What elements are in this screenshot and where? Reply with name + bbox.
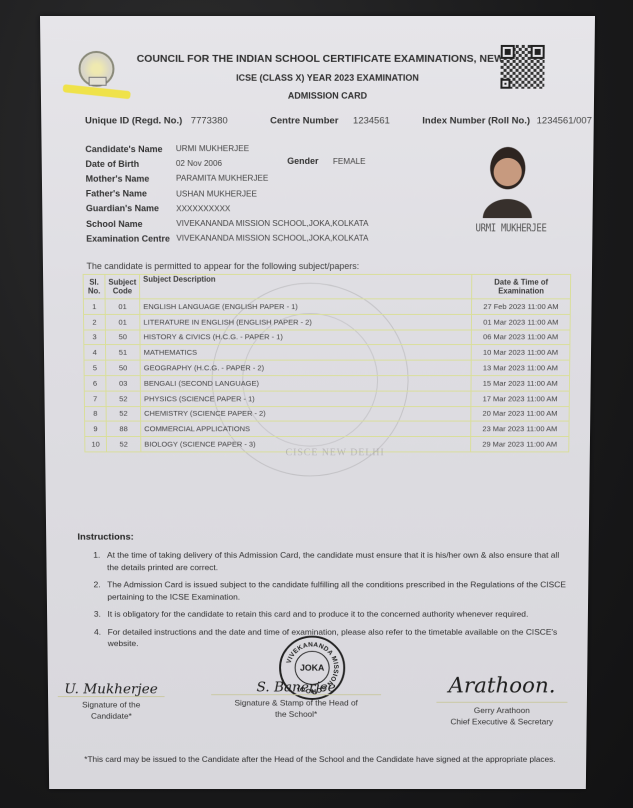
- watermark-text: CISCE NEW DELHI: [286, 448, 385, 459]
- exam-date-cell: 06 Mar 2023 11:00 AM: [471, 330, 570, 345]
- info-row: Examination CentreVIVEKANANDA MISSION SC…: [86, 231, 368, 246]
- info-label: Examination Centre: [86, 234, 176, 244]
- sl-no-cell: 4: [84, 345, 106, 360]
- table-row: 550GEOGRAPHY (H.C.G. - PAPER - 2)13 Mar …: [84, 360, 570, 375]
- info-row: Father's NameUSHAN MUKHERJEE: [86, 186, 369, 201]
- sl-no-cell: 7: [84, 391, 106, 406]
- candidate-info: Candidate's NameURMI MUKHERJEE Date of B…: [85, 141, 368, 246]
- admission-card: COUNCIL FOR THE INDIAN SCHOOL CERTIFICAT…: [40, 16, 595, 789]
- info-label: Guardian's Name: [86, 204, 176, 214]
- gender-field: Gender FEMALE: [287, 156, 365, 166]
- sl-no-cell: 9: [85, 421, 107, 436]
- date-of-birth: 02 Nov 2006: [176, 159, 222, 168]
- signature-caption: Signature & Stamp of the Head of: [211, 697, 381, 708]
- table-row: 201LITERATURE IN ENGLISH (ENGLISH PAPER …: [84, 314, 571, 329]
- table-row: 752PHYSICS (SCIENCE PAPER - 1)17 Mar 202…: [84, 391, 569, 406]
- instruction-number: 2.: [94, 579, 108, 603]
- subject-description-cell: MATHEMATICS: [140, 345, 471, 360]
- subject-description-cell: CHEMISTRY (SCIENCE PAPER - 2): [141, 406, 471, 421]
- subject-code-cell: 52: [106, 406, 141, 421]
- subject-description-cell: COMMERCIAL APPLICATIONS: [141, 421, 471, 436]
- instruction-item: 3.It is obligatory for the candidate to …: [94, 608, 572, 620]
- subject-code-cell: 01: [105, 314, 140, 329]
- sl-no-cell: 1: [83, 299, 105, 314]
- subject-description-cell: HISTORY & CIVICS (H.C.G. - PAPER - 1): [140, 330, 471, 345]
- info-row: Guardian's NameXXXXXXXXXX: [86, 201, 369, 216]
- instruction-text: The Admission Card is issued subject to …: [107, 579, 572, 603]
- instruction-item: 1.At the time of taking delivery of this…: [93, 549, 572, 573]
- subject-code-cell: 52: [106, 391, 141, 406]
- guardian-name: XXXXXXXXXX: [176, 204, 230, 213]
- instruction-number: 3.: [94, 608, 108, 620]
- subject-code-cell: 52: [106, 437, 141, 452]
- header-sl-no: Sl. No.: [83, 274, 105, 298]
- subject-description-cell: GEOGRAPHY (H.C.G. - PAPER - 2): [140, 360, 471, 375]
- table-row: 350HISTORY & CIVICS (H.C.G. - PAPER - 1)…: [84, 330, 570, 345]
- instruction-item: 2.The Admission Card is issued subject t…: [94, 579, 572, 603]
- footnote: *This card may be issued to the Candidat…: [58, 754, 581, 763]
- subject-description-cell: LITERATURE IN ENGLISH (ENGLISH PAPER - 2…: [140, 314, 472, 329]
- instructions-heading: Instructions:: [77, 532, 133, 543]
- document-title: ADMISSION CARD: [41, 91, 594, 101]
- exam-date-cell: 17 Mar 2023 11:00 AM: [471, 391, 570, 406]
- sl-no-cell: 2: [84, 314, 106, 329]
- centre-number-value: 1234561: [353, 116, 390, 127]
- table-row: 603BENGALI (SECOND LANGUAGE)15 Mar 2023 …: [84, 376, 569, 391]
- exam-date-cell: 01 Mar 2023 11:00 AM: [471, 314, 570, 329]
- head-signature-block: S. Banerjee Signature & Stamp of the Hea…: [211, 682, 381, 720]
- info-label: Candidate's Name: [85, 144, 176, 154]
- subject-code-cell: 50: [105, 330, 140, 345]
- subjects-table: Sl. No. Subject Code Subject Description…: [83, 274, 572, 452]
- exam-date-cell: 20 Mar 2023 11:00 AM: [471, 406, 569, 421]
- sl-no-cell: 6: [84, 376, 106, 391]
- signature-line: [436, 702, 567, 703]
- header-subject-description: Subject Description: [140, 274, 472, 298]
- unique-id-label: Unique ID (Regd. No.): [85, 116, 182, 127]
- candidate-photo: [479, 141, 537, 218]
- subject-description-cell: ENGLISH LANGUAGE (ENGLISH PAPER - 1): [140, 299, 472, 314]
- info-row: Mother's NamePARAMITA MUKHERJEE: [86, 171, 369, 186]
- gender-label: Gender: [287, 156, 318, 166]
- qr-code-icon: [500, 45, 544, 89]
- sl-no-cell: 3: [84, 330, 106, 345]
- subject-code-cell: 50: [106, 360, 141, 375]
- index-number-label: Index Number (Roll No.): [422, 116, 530, 127]
- signature-caption: Candidate*: [58, 710, 165, 721]
- table-row: 451MATHEMATICS10 Mar 2023 11:00 AM: [84, 345, 570, 360]
- exam-date-cell: 23 Mar 2023 11:00 AM: [471, 421, 569, 436]
- instruction-number: 1.: [93, 549, 107, 573]
- father-name: USHAN MUKHERJEE: [176, 189, 257, 198]
- instruction-text: It is obligatory for the candidate to re…: [107, 608, 528, 620]
- secretary-signature-block: Arathoon. Gerry Arathoon Chief Executive…: [436, 673, 568, 728]
- exam-date-cell: 15 Mar 2023 11:00 AM: [471, 376, 570, 391]
- candidate-signature-block: U. Mukherjee Signature of the Candidate*: [58, 684, 165, 722]
- exam-date-cell: 13 Mar 2023 11:00 AM: [471, 360, 570, 375]
- info-label: Date of Birth: [85, 159, 176, 169]
- exam-date-cell: 29 Mar 2023 11:00 AM: [471, 437, 569, 452]
- gender-value: FEMALE: [333, 157, 366, 166]
- candidate-name: URMI MUKHERJEE: [176, 144, 249, 153]
- table-row: 101ENGLISH LANGUAGE (ENGLISH PAPER - 1)2…: [83, 299, 570, 314]
- centre-number-label: Centre Number: [270, 116, 338, 127]
- secretary-title: Chief Executive & Secretary: [436, 716, 567, 727]
- table-row: 852CHEMISTRY (SCIENCE PAPER - 2)20 Mar 2…: [84, 406, 569, 421]
- table-row: 988COMMERCIAL APPLICATIONS23 Mar 2023 11…: [85, 421, 569, 436]
- permit-text: The candidate is permitted to appear for…: [86, 261, 359, 271]
- signature-caption: the School*: [211, 708, 381, 719]
- header-subject-code: Subject Code: [105, 274, 140, 298]
- id-row: Unique ID (Regd. No.) 7773380 Centre Num…: [85, 116, 592, 127]
- sl-no-cell: 10: [85, 437, 107, 452]
- sl-no-cell: 8: [84, 406, 106, 421]
- info-label: Mother's Name: [86, 174, 176, 184]
- table-header-row: Sl. No. Subject Code Subject Description…: [83, 274, 571, 298]
- candidate-signature: U. Mukherjee: [58, 684, 165, 695]
- subject-code-cell: 01: [105, 299, 140, 314]
- subject-code-cell: 03: [106, 376, 141, 391]
- school-name: VIVEKANANDA MISSION SCHOOL,JOKA,KOLKATA: [176, 219, 368, 228]
- info-label: Father's Name: [86, 189, 176, 199]
- info-row: School NameVIVEKANANDA MISSION SCHOOL,JO…: [86, 216, 369, 231]
- info-row: Candidate's NameURMI MUKHERJEE: [85, 141, 368, 156]
- photo-signature: URMI MUKHERJEE: [476, 223, 547, 235]
- unique-id-value: 7773380: [191, 116, 228, 127]
- info-label: School Name: [86, 219, 176, 229]
- header-date-time: Date & Time of Examination: [472, 274, 571, 298]
- exam-centre: VIVEKANANDA MISSION SCHOOL,JOKA,KOLKATA: [176, 234, 368, 243]
- secretary-signature: Arathoon.: [436, 673, 567, 701]
- instruction-text: At the time of taking delivery of this A…: [107, 549, 572, 573]
- instruction-number: 4.: [94, 626, 108, 650]
- exam-date-cell: 27 Feb 2023 11:00 AM: [472, 299, 571, 314]
- subject-code-cell: 51: [106, 345, 141, 360]
- sl-no-cell: 5: [84, 360, 106, 375]
- exam-date-cell: 10 Mar 2023 11:00 AM: [471, 345, 570, 360]
- subject-description-cell: PHYSICS (SCIENCE PAPER - 1): [141, 391, 471, 406]
- subject-code-cell: 88: [106, 421, 141, 436]
- subject-description-cell: BENGALI (SECOND LANGUAGE): [140, 376, 471, 391]
- head-signature: S. Banerjee: [211, 682, 381, 693]
- secretary-name: Gerry Arathoon: [436, 705, 567, 716]
- index-number-value: 1234561/007: [537, 116, 592, 127]
- signature-caption: Signature of the: [58, 699, 165, 710]
- mother-name: PARAMITA MUKHERJEE: [176, 174, 268, 183]
